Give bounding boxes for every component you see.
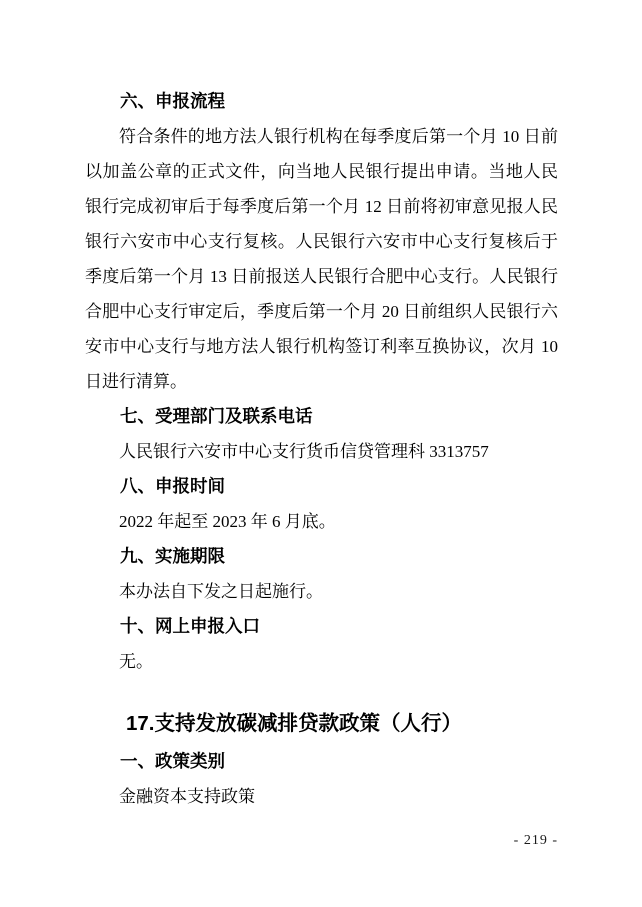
paragraph-policy-category: 金融资本支持政策 xyxy=(85,779,558,814)
paragraph-online-application-portal: 无。 xyxy=(85,644,558,679)
paragraph-application-time: 2022 年起至 2023 年 6 月底。 xyxy=(85,504,558,539)
paragraph-application-process: 符合条件的地方法人银行机构在每季度后第一个月 10 日前以加盖公章的正式文件，向… xyxy=(85,119,558,399)
paragraph-accepting-department: 人民银行六安市中心支行货币信贷管理科 3313757 xyxy=(85,434,558,469)
heading-application-process: 六、申报流程 xyxy=(85,84,558,119)
heading-application-time: 八、申报时间 xyxy=(85,469,558,504)
document-content: 六、申报流程 符合条件的地方法人银行机构在每季度后第一个月 10 日前以加盖公章… xyxy=(85,84,558,814)
heading-policy-category: 一、政策类别 xyxy=(85,744,558,779)
heading-accepting-department: 七、受理部门及联系电话 xyxy=(85,399,558,434)
page-number: - 219 - xyxy=(514,832,558,850)
heading-implementation-period: 九、实施期限 xyxy=(85,539,558,574)
heading-online-application-portal: 十、网上申报入口 xyxy=(85,609,558,644)
policy-title: 17.支持发放碳减排贷款政策（人行） xyxy=(85,704,558,744)
document-page: 六、申报流程 符合条件的地方法人银行机构在每季度后第一个月 10 日前以加盖公章… xyxy=(0,0,642,907)
paragraph-implementation-period: 本办法自下发之日起施行。 xyxy=(85,574,558,609)
